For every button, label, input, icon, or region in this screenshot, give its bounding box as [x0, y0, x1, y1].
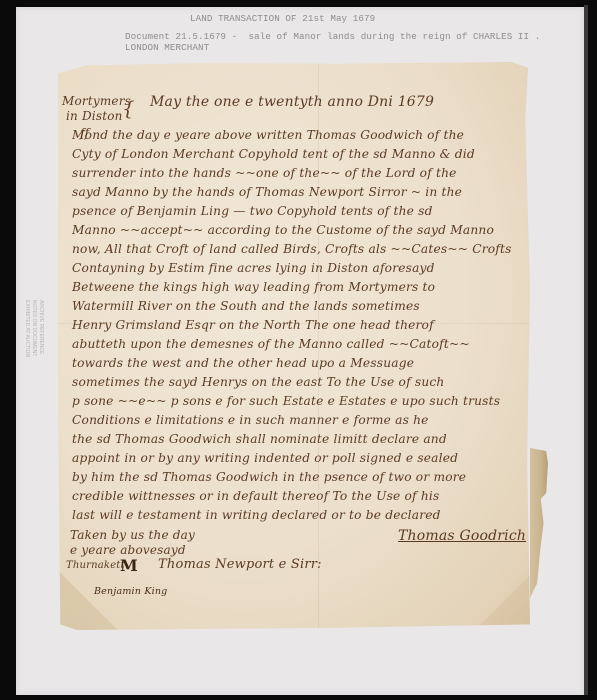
manuscript-line: the sd Thomas Goodwich shall nominate li… — [72, 432, 447, 446]
manuscript-line: Betweene the kings high way leading from… — [72, 280, 435, 294]
witness-signature: Thomas Newport e Sirr: — [158, 557, 322, 572]
manuscript-line: p sone ~~e~~ p sons e for such Estate e … — [72, 394, 500, 408]
manuscript-line: by him the sd Thomas Goodwich in the pse… — [72, 470, 466, 484]
manuscript-line: appoint in or by any writing indented or… — [72, 451, 458, 465]
mount-edge — [584, 5, 588, 695]
margin-heading: Mortymers — [62, 94, 131, 108]
brace: { — [122, 96, 135, 120]
date-line: May the one e twentyth anno Dni 1679 — [150, 94, 434, 110]
manuscript-line: Conditions e limitations e in such manne… — [72, 413, 429, 427]
closing-line: Taken by us the day — [70, 528, 195, 542]
manuscript-line: psence of Benjamin Ling — two Copyhold t… — [72, 204, 433, 218]
manuscript-line: Henry Grimsland Esqr on the North The on… — [72, 318, 434, 332]
margin-note: EXHIBITED AT AUCTION NOTES ON DOCUMENT A… — [18, 300, 58, 470]
margin-note-line: EXHIBITED AT AUCTION — [24, 300, 30, 357]
manuscript-line: Mond the day e yeare above written Thoma… — [72, 128, 464, 142]
stain — [480, 570, 530, 630]
manuscript-line: Watermill River on the South and the lan… — [72, 299, 420, 313]
witness-signature: Benjamin King — [94, 586, 167, 597]
signature-principal: Thomas Goodrich — [398, 528, 526, 544]
typed-subtitle: LONDON MERCHANT — [125, 42, 209, 53]
witness-label: Thurnakett — [66, 560, 125, 571]
typed-document-line: Document 21.5.1679 - sale of Manor lands… — [125, 31, 540, 42]
manuscript-line: now, All that Croft of land called Birds… — [72, 242, 512, 256]
manuscript-line: credible wittnesses or in default thereo… — [72, 489, 439, 503]
stain — [58, 570, 118, 630]
margin-note-line: ARCHIVE REFERENCE — [38, 300, 44, 354]
manuscript-line: sayd Manno by the hands of Thomas Newpor… — [72, 185, 462, 199]
closing-line: e yeare abovesayd — [70, 543, 186, 557]
manuscript-line: abutteth upon the demesnes of the Manno … — [72, 337, 470, 351]
manuscript-line: surrender into the hands ~~one of the~~ … — [72, 166, 457, 180]
manuscript-line: Cyty of London Merchant Copyhold tent of… — [72, 147, 475, 161]
manuscript-line: sometimes the sayd Henrys on the east To… — [72, 375, 444, 389]
typed-title: LAND TRANSACTION OF 21st May 1679 — [190, 13, 375, 24]
manuscript-line: last will e testament in writing declare… — [72, 508, 441, 522]
manuscript-line: Manno ~~accept~~ according to the Custom… — [72, 223, 494, 237]
manuscript-line: towards the west and the other head upo … — [72, 356, 414, 370]
manuscript-line: Contayning by Estim fine acres lying in … — [72, 261, 435, 275]
witness-mark: M — [120, 556, 138, 575]
margin-note-line: NOTES ON DOCUMENT — [31, 300, 37, 356]
margin-heading: in Diston — [66, 109, 123, 123]
